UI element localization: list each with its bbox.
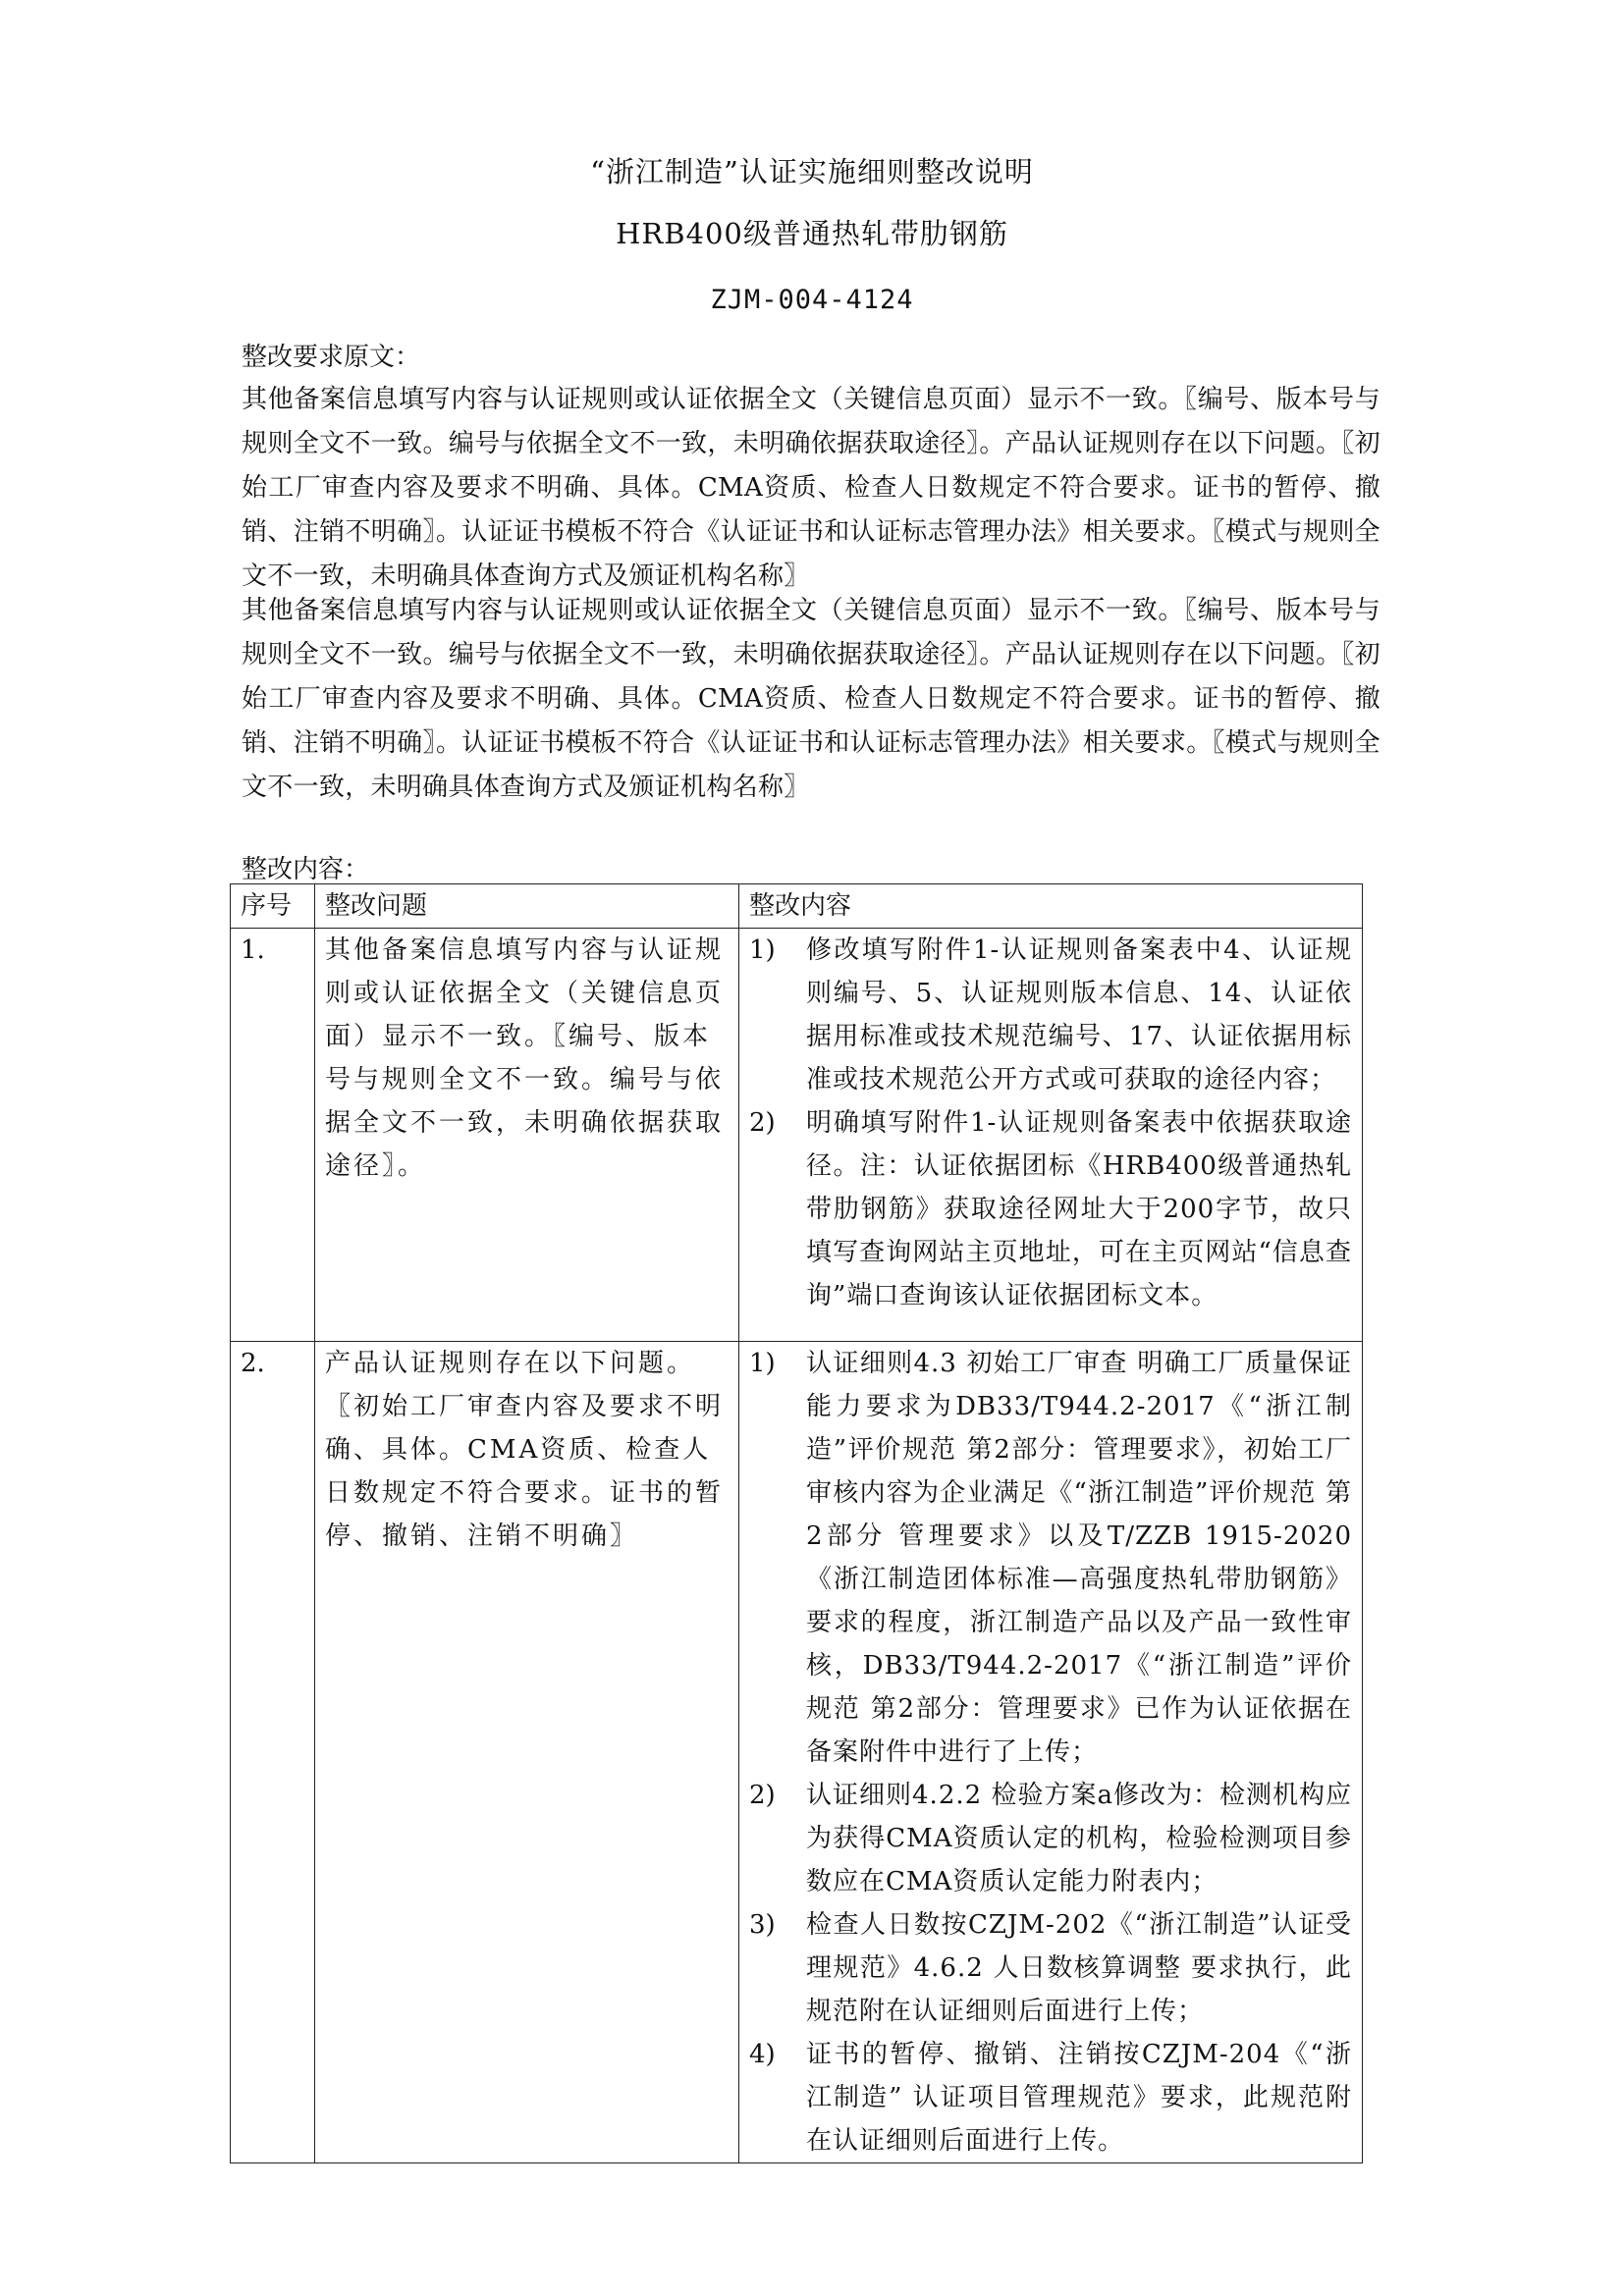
column-header-number: 序号 [231, 884, 315, 929]
item-text: 修改填写附件1-认证规则备案表中4、认证规则编号、5、认证规则版本信息、14、认… [806, 929, 1352, 1101]
document-title: “浙江制造”认证实施细则整改说明 [0, 152, 1624, 191]
content-item: 4) 证书的暂停、撤销、注销按CZJM-204《“浙江制造” 认证项目管理规范》… [749, 2033, 1352, 2163]
row-issue: 产品认证规则存在以下问题。〖初始工厂审查内容及要求不明确、具体。CMA资质、检查… [315, 1342, 739, 2163]
row-issue: 其他备案信息填写内容与认证规则或认证依据全文（关键信息页面）显示不一致。〖编号、… [315, 929, 739, 1342]
content-item: 1) 认证细则4.3 初始工厂审查 明确工厂质量保证能力要求为DB33/T944… [749, 1342, 1352, 1774]
table-row: 1. 其他备案信息填写内容与认证规则或认证依据全文（关键信息页面）显示不一致。〖… [231, 929, 1363, 1342]
item-index: 2) [749, 1774, 806, 1903]
item-text: 证书的暂停、撤销、注销按CZJM-204《“浙江制造” 认证项目管理规范》要求，… [806, 2033, 1352, 2163]
row-content: 1) 修改填写附件1-认证规则备案表中4、认证规则编号、5、认证规则版本信息、1… [739, 929, 1363, 1342]
content-item: 3) 检查人日数按CZJM-202《“浙江制造”认证受理规范》4.6.2 人日数… [749, 1903, 1352, 2033]
document-code: ZJM-004-4124 [0, 281, 1624, 320]
content-item: 2) 明确填写附件1-认证规则备案表中依据获取途径。注：认证依据团标《HRB40… [749, 1101, 1352, 1317]
column-header-content: 整改内容 [739, 884, 1363, 929]
row-content: 1) 认证细则4.3 初始工厂审查 明确工厂质量保证能力要求为DB33/T944… [739, 1342, 1363, 2163]
item-text: 认证细则4.2.2 检验方案a修改为：检测机构应为获得CMA资质认定的机构，检验… [806, 1774, 1352, 1903]
requirement-label: 整改要求原文： [242, 340, 420, 375]
item-text: 检查人日数按CZJM-202《“浙江制造”认证受理规范》4.6.2 人日数核算调… [806, 1903, 1352, 2033]
content-item: 2) 认证细则4.2.2 检验方案a修改为：检测机构应为获得CMA资质认定的机构… [749, 1774, 1352, 1903]
item-index: 4) [749, 2033, 806, 2163]
row-number: 2. [231, 1342, 315, 2163]
content-item: 1) 修改填写附件1-认证规则备案表中4、认证规则编号、5、认证规则版本信息、1… [749, 929, 1352, 1101]
table-row: 2. 产品认证规则存在以下问题。〖初始工厂审查内容及要求不明确、具体。CMA资质… [231, 1342, 1363, 2163]
row-number: 1. [231, 929, 315, 1342]
item-text: 认证细则4.3 初始工厂审查 明确工厂质量保证能力要求为DB33/T944.2-… [806, 1342, 1352, 1774]
rectification-table: 序号 整改问题 整改内容 1. 其他备案信息填写内容与认证规则或认证依据全文（关… [230, 883, 1363, 2163]
item-index: 3) [749, 1903, 806, 2033]
requirement-paragraph: 其他备案信息填写内容与认证规则或认证依据全文（关键信息页面）显示不一致。〖编号、… [242, 378, 1380, 599]
content-label: 整改内容： [242, 852, 369, 887]
table-header-row: 序号 整改问题 整改内容 [231, 884, 1363, 929]
item-index: 2) [749, 1101, 806, 1317]
item-index: 1) [749, 1342, 806, 1774]
product-name: HRB400级普通热轧带肋钢筋 [0, 214, 1624, 253]
requirement-paragraph: 其他备案信息填写内容与认证规则或认证依据全文（关键信息页面）显示不一致。〖编号、… [242, 589, 1380, 810]
item-index: 1) [749, 929, 806, 1101]
column-header-issue: 整改问题 [315, 884, 739, 929]
item-text: 明确填写附件1-认证规则备案表中依据获取途径。注：认证依据团标《HRB400级普… [806, 1101, 1352, 1317]
